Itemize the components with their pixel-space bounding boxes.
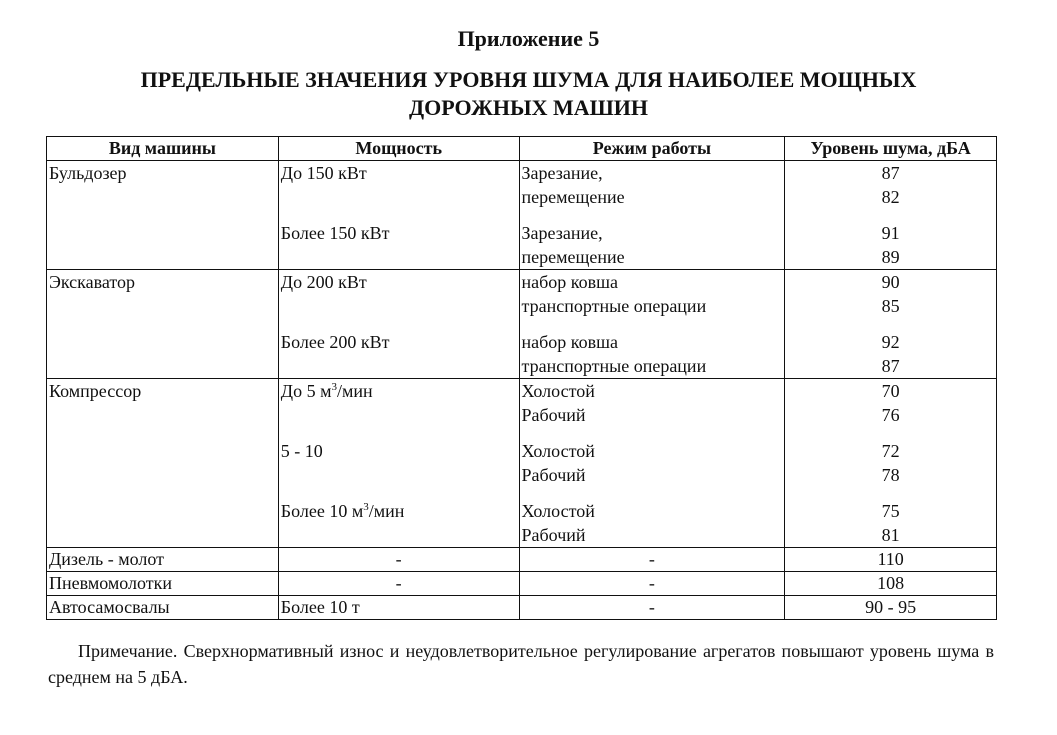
level-cell: 108 bbox=[785, 572, 997, 596]
machine-cell: Экскаватор bbox=[47, 270, 279, 379]
mode-value: Холостой bbox=[522, 439, 783, 463]
mode-cell: набор ковша транспортные операции набор … bbox=[519, 270, 785, 379]
mode-cell: Зарезание, перемещение Зарезание, переме… bbox=[519, 161, 785, 270]
header-power: Мощность bbox=[278, 137, 519, 161]
mode-value: перемещение bbox=[522, 245, 783, 269]
table-header-row: Вид машины Мощность Режим работы Уровень… bbox=[47, 137, 997, 161]
title-line-2: ДОРОЖНЫХ МАШИН bbox=[0, 94, 1057, 122]
mode-value: перемещение bbox=[522, 185, 783, 209]
mode-cell: - bbox=[519, 572, 785, 596]
table-row: Пневмомолотки - - 108 bbox=[47, 572, 997, 596]
level-value: 81 bbox=[787, 523, 994, 547]
level-value: 72 bbox=[787, 439, 994, 463]
level-value: 90 bbox=[787, 270, 994, 294]
mode-value: Зарезание, bbox=[522, 161, 783, 185]
header-noise-level: Уровень шума, дБА bbox=[785, 137, 997, 161]
level-value: 87 bbox=[787, 354, 994, 378]
power-cell: - bbox=[278, 548, 519, 572]
level-cell: 110 bbox=[785, 548, 997, 572]
mode-value: транспортные операции bbox=[522, 354, 783, 378]
mode-value: Рабочий bbox=[522, 463, 783, 487]
level-value: 78 bbox=[787, 463, 994, 487]
mode-value: набор ковша bbox=[522, 270, 783, 294]
page-title: ПРЕДЕЛЬНЫЕ ЗНАЧЕНИЯ УРОВНЯ ШУМА ДЛЯ НАИБ… bbox=[0, 66, 1057, 122]
machine-cell: Бульдозер bbox=[47, 161, 279, 270]
level-value: 85 bbox=[787, 294, 994, 318]
level-value: 76 bbox=[787, 403, 994, 427]
mode-cell: - bbox=[519, 596, 785, 620]
power-cell: До 150 кВт Более 150 кВт bbox=[278, 161, 519, 270]
table-row: Автосамосвалы Более 10 т - 90 - 95 bbox=[47, 596, 997, 620]
mode-value: Рабочий bbox=[522, 523, 783, 547]
level-cell: 90 - 95 bbox=[785, 596, 997, 620]
mode-value: Холостой bbox=[522, 499, 783, 523]
power-value: Более 150 кВт bbox=[281, 221, 517, 245]
level-value: 70 bbox=[787, 379, 994, 403]
power-value: Более 10 м3/мин bbox=[281, 499, 517, 523]
table-row: Компрессор До 5 м3/мин 5 - 10 Более 10 м… bbox=[47, 379, 997, 548]
level-cell: 70 76 72 78 75 81 bbox=[785, 379, 997, 548]
header-machine-type: Вид машины bbox=[47, 137, 279, 161]
level-value: 87 bbox=[787, 161, 994, 185]
power-cell: - bbox=[278, 572, 519, 596]
appendix-label: Приложение 5 bbox=[0, 26, 1057, 52]
level-value: 82 bbox=[787, 185, 994, 209]
power-value: До 5 м3/мин bbox=[281, 379, 517, 403]
level-cell: 90 85 92 87 bbox=[785, 270, 997, 379]
table-row: Дизель - молот - - 110 bbox=[47, 548, 997, 572]
power-cell: До 200 кВт Более 200 кВт bbox=[278, 270, 519, 379]
power-cell: Более 10 т bbox=[278, 596, 519, 620]
title-line-1: ПРЕДЕЛЬНЫЕ ЗНАЧЕНИЯ УРОВНЯ ШУМА ДЛЯ НАИБ… bbox=[0, 66, 1057, 94]
level-value: 91 bbox=[787, 221, 994, 245]
machine-cell: Пневмомолотки bbox=[47, 572, 279, 596]
mode-value: транспортные операции bbox=[522, 294, 783, 318]
power-value: Более 200 кВт bbox=[281, 330, 517, 354]
mode-value: набор ковша bbox=[522, 330, 783, 354]
noise-levels-table: Вид машины Мощность Режим работы Уровень… bbox=[46, 136, 997, 620]
power-value: 5 - 10 bbox=[281, 439, 517, 463]
mode-value: Зарезание, bbox=[522, 221, 783, 245]
mode-cell: Холостой Рабочий Холостой Рабочий Холост… bbox=[519, 379, 785, 548]
power-value: До 200 кВт bbox=[281, 270, 517, 294]
level-value: 75 bbox=[787, 499, 994, 523]
footnote: Примечание. Сверхнормативный износ и неу… bbox=[48, 638, 994, 690]
machine-cell: Дизель - молот bbox=[47, 548, 279, 572]
power-value: До 150 кВт bbox=[281, 161, 517, 185]
header-operating-mode: Режим работы bbox=[519, 137, 785, 161]
level-value: 92 bbox=[787, 330, 994, 354]
table-row: Экскаватор До 200 кВт Более 200 кВт набо… bbox=[47, 270, 997, 379]
mode-cell: - bbox=[519, 548, 785, 572]
level-value: 89 bbox=[787, 245, 994, 269]
machine-cell: Автосамосвалы bbox=[47, 596, 279, 620]
machine-cell: Компрессор bbox=[47, 379, 279, 548]
level-cell: 87 82 91 89 bbox=[785, 161, 997, 270]
mode-value: Холостой bbox=[522, 379, 783, 403]
mode-value: Рабочий bbox=[522, 403, 783, 427]
power-cell: До 5 м3/мин 5 - 10 Более 10 м3/мин bbox=[278, 379, 519, 548]
table-row: Бульдозер До 150 кВт Более 150 кВт Зарез… bbox=[47, 161, 997, 270]
